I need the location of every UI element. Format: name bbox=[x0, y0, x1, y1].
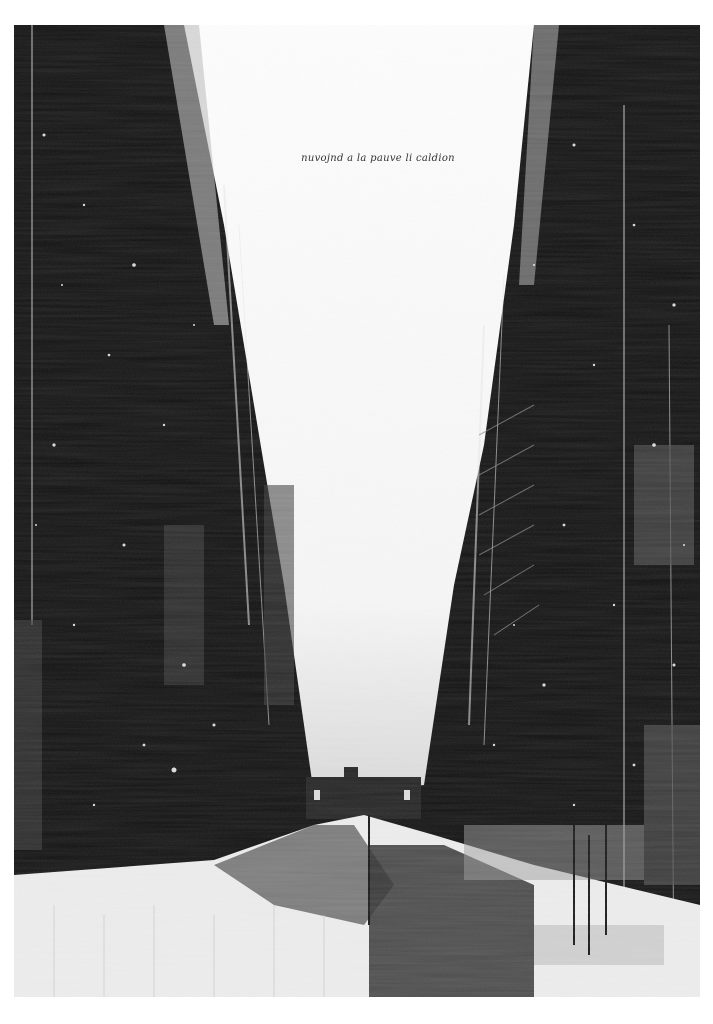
cityscape-illustration bbox=[14, 25, 700, 997]
artwork-poster: nuvojnd a la pauve li caldion bbox=[14, 25, 700, 997]
handwritten-caption: nuvojnd a la pauve li caldion bbox=[258, 153, 498, 164]
